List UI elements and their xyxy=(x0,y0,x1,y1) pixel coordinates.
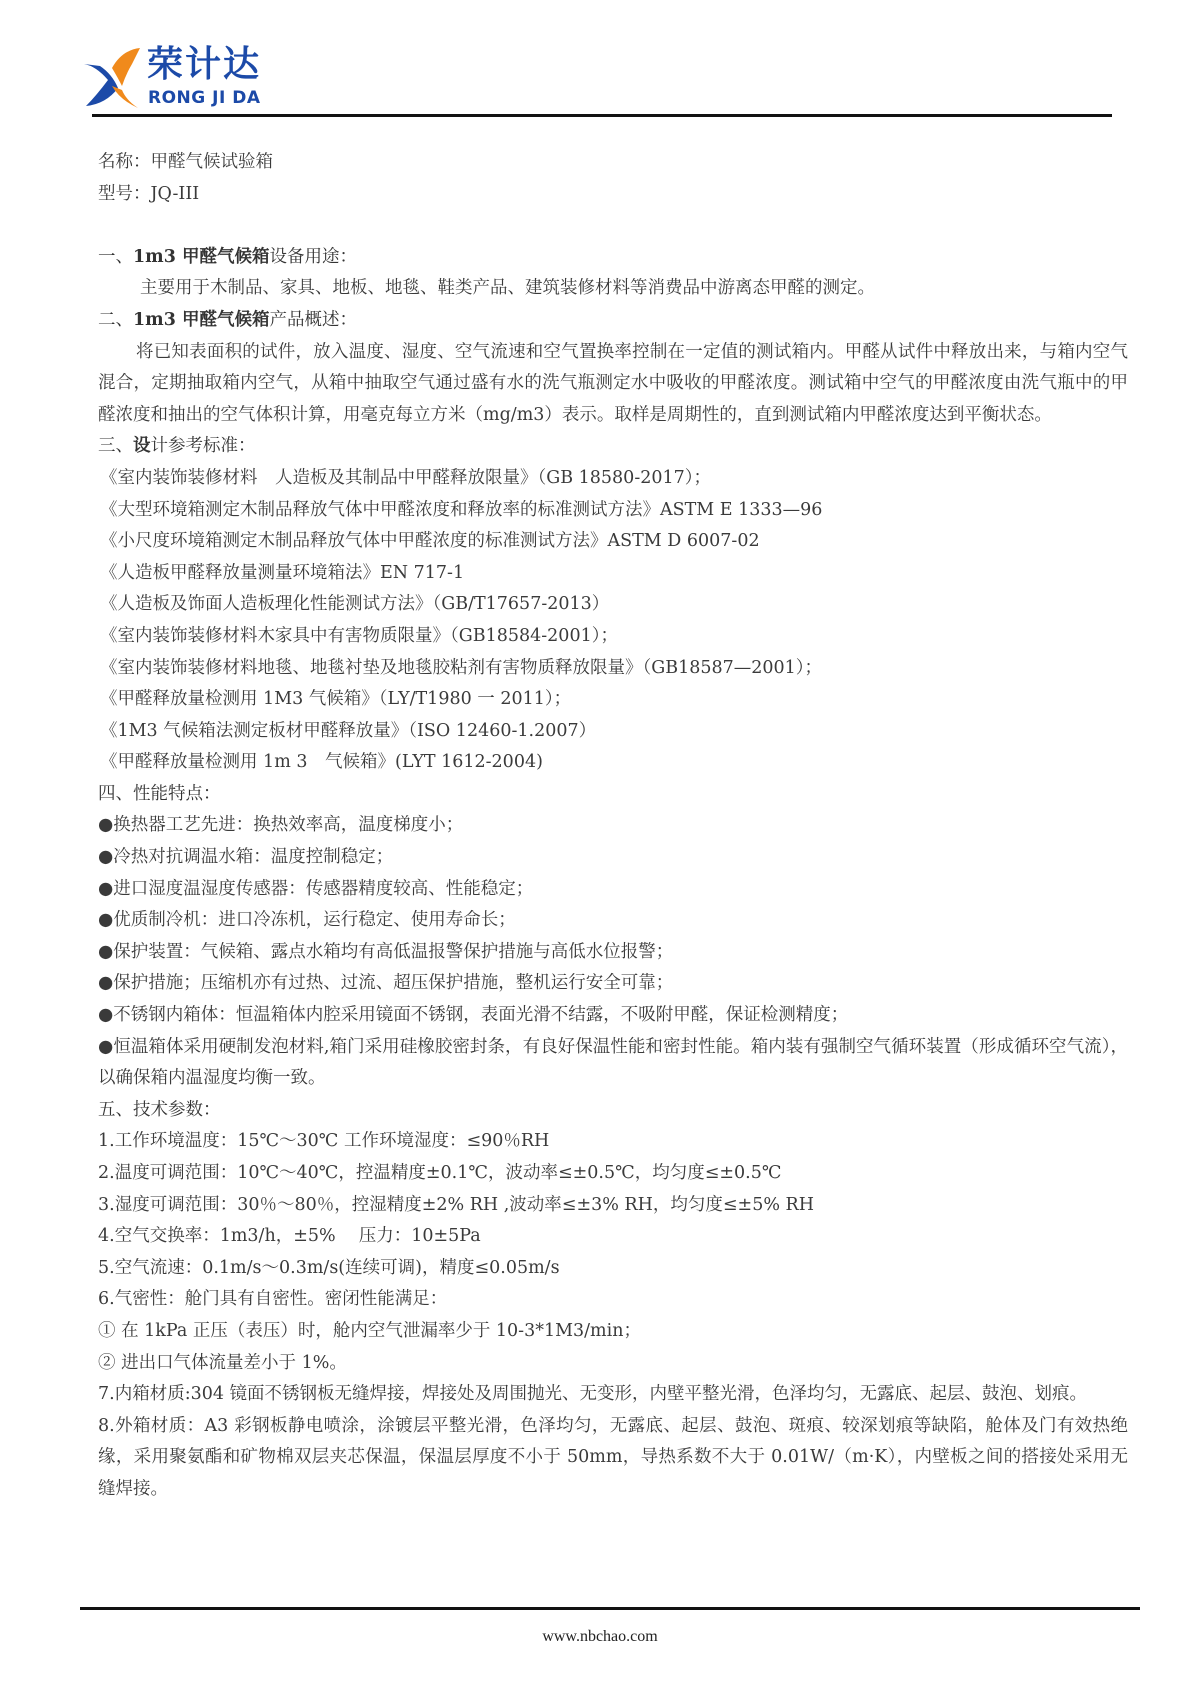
section-2-heading: 二、1m3 甲醛气候箱产品概述： xyxy=(98,305,1128,337)
section-1-number: 一、 xyxy=(98,247,133,267)
product-model-value: JQ-III xyxy=(151,184,200,204)
document-body: 名称：甲醛气候试验箱 型号：JQ-III 一、1m3 甲醛气候箱设备用途： 主要… xyxy=(98,147,1128,1506)
param-item: 2.温度可调范围：10℃～40℃，控温精度±0.1℃，波动率≤±0.5℃，均匀度… xyxy=(98,1158,1128,1190)
product-name-value: 甲醛气候试验箱 xyxy=(151,152,274,172)
feature-item: ●恒温箱体采用硬制发泡材料,箱门采用硅橡胶密封条，有良好保温性能和密封性能。箱内… xyxy=(98,1032,1128,1095)
feature-item: ●保护装置：气候箱、露点水箱均有高低温报警保护措施与高低水位报警； xyxy=(98,937,1128,969)
footer-url: www.nbchao.com xyxy=(0,1628,1200,1646)
section-3-number: 三、 xyxy=(98,436,133,456)
standard-item: 《室内装饰装修材料 人造板及其制品中甲醛释放限量》（GB 18580-2017）… xyxy=(98,463,1128,495)
standard-item: 《室内装饰装修材料地毯、地毯衬垫及地毯胶粘剂有害物质释放限量》（GB18587—… xyxy=(98,653,1128,685)
param-item: ① 在 1kPa 正压（表压）时，舱内空气泄漏率少于 10-3*1M3/min； xyxy=(98,1316,1128,1348)
standard-item: 《大型环境箱测定木制品释放气体中甲醛浓度和释放率的标准测试方法》ASTM E 1… xyxy=(98,495,1128,527)
company-logo: 荣计达 RONG JI DA xyxy=(82,44,282,112)
section-1-title-rest: 设备用途： xyxy=(269,247,357,267)
footer-divider xyxy=(80,1607,1140,1610)
section-2-body: 将已知表面积的试件，放入温度、湿度、空气流速和空气置换率控制在一定值的测试箱内。… xyxy=(98,337,1128,432)
logo-chinese-name: 荣计达 xyxy=(147,44,261,86)
section-2-number: 二、 xyxy=(98,310,133,330)
standard-item: 《甲醛释放量检测用 1M3 气候箱》（LY/T1980 一 2011）； xyxy=(98,684,1128,716)
feature-item: ●保护措施；压缩机亦有过热、过流、超压保护措施，整机运行安全可靠； xyxy=(98,968,1128,1000)
standard-item: 《人造板及饰面人造板理化性能测试方法》（GB/T17657-2013） xyxy=(98,589,1128,621)
param-item: 4.空气交换率：1m3/h，±5% 压力：10±5Pa xyxy=(98,1221,1128,1253)
param-item: 3.湿度可调范围：30％～80％，控湿精度±2% RH ,波动率≤±3% RH，… xyxy=(98,1190,1128,1222)
section-2-title-bold: 1m3 甲醛气候箱 xyxy=(133,310,269,330)
param-item: 7.内箱材质:304 镜面不锈钢板无缝焊接，焊接处及周围抛光、无变形，内壁平整光… xyxy=(98,1379,1128,1411)
logo-mark-icon xyxy=(82,46,144,110)
standard-item: 《甲醛释放量检测用 1m 3 气候箱》(LYT 1612-2004) xyxy=(98,747,1128,779)
section-1-body: 主要用于木制品、家具、地板、地毯、鞋类产品、建筑装修材料等消费品中游离态甲醛的测… xyxy=(98,273,1128,305)
feature-item: ●冷热对抗调温水箱：温度控制稳定； xyxy=(98,842,1128,874)
logo-english-name: RONG JI DA xyxy=(148,88,260,108)
product-model: 型号：JQ-III xyxy=(98,179,1128,211)
param-item: 6.气密性：舱门具有自密性。密闭性能满足： xyxy=(98,1284,1128,1316)
standard-item: 《人造板甲醛释放量测量环境箱法》EN 717-1 xyxy=(98,558,1128,590)
section-3-heading: 三、设计参考标准： xyxy=(98,431,1128,463)
section-5-heading: 五、技术参数： xyxy=(98,1095,1128,1127)
feature-item: ●不锈钢内箱体：恒温箱体内腔采用镜面不锈钢，表面光滑不结露，不吸附甲醛，保证检测… xyxy=(98,1000,1128,1032)
product-name: 名称：甲醛气候试验箱 xyxy=(98,147,1128,179)
section-1-title-bold: 1m3 甲醛气候箱 xyxy=(133,247,269,267)
section-2-title-rest: 产品概述： xyxy=(269,310,357,330)
section-4-heading: 四、性能特点： xyxy=(98,779,1128,811)
param-item: 5.空气流速：0.1m/s～0.3m/s(连续可调)，精度≤0.05m/s xyxy=(98,1253,1128,1285)
standard-item: 《小尺度环境箱测定木制品释放气体中甲醛浓度的标准测试方法》ASTM D 6007… xyxy=(98,526,1128,558)
product-model-label: 型号： xyxy=(98,184,151,204)
param-item: 1.工作环境温度：15℃～30℃ 工作环境湿度：≤90％RH xyxy=(98,1126,1128,1158)
param-item: 8.外箱材质：A3 彩钢板静电喷涂，涂镀层平整光滑，色泽均匀，无露底、起层、鼓泡… xyxy=(98,1411,1128,1506)
param-item: ② 进出口气体流量差小于 1%。 xyxy=(98,1348,1128,1380)
standard-item: 《1M3 气候箱法测定板材甲醛释放量》（ISO 12460-1.2007） xyxy=(98,716,1128,748)
standard-item: 《室内装饰装修材料木家具中有害物质限量》（GB18584-2001）； xyxy=(98,621,1128,653)
feature-item: ●优质制冷机：进口冷冻机，运行稳定、使用寿命长； xyxy=(98,905,1128,937)
section-3-title-rest: 计参考标准： xyxy=(151,436,256,456)
section-3-title-bold: 设 xyxy=(133,436,151,456)
feature-item: ●进口湿度温湿度传感器：传感器精度较高、性能稳定； xyxy=(98,874,1128,906)
section-1-heading: 一、1m3 甲醛气候箱设备用途： xyxy=(98,242,1128,274)
header-divider xyxy=(92,114,1112,117)
product-name-label: 名称： xyxy=(98,152,151,172)
feature-item: ●换热器工艺先进：换热效率高，温度梯度小； xyxy=(98,810,1128,842)
